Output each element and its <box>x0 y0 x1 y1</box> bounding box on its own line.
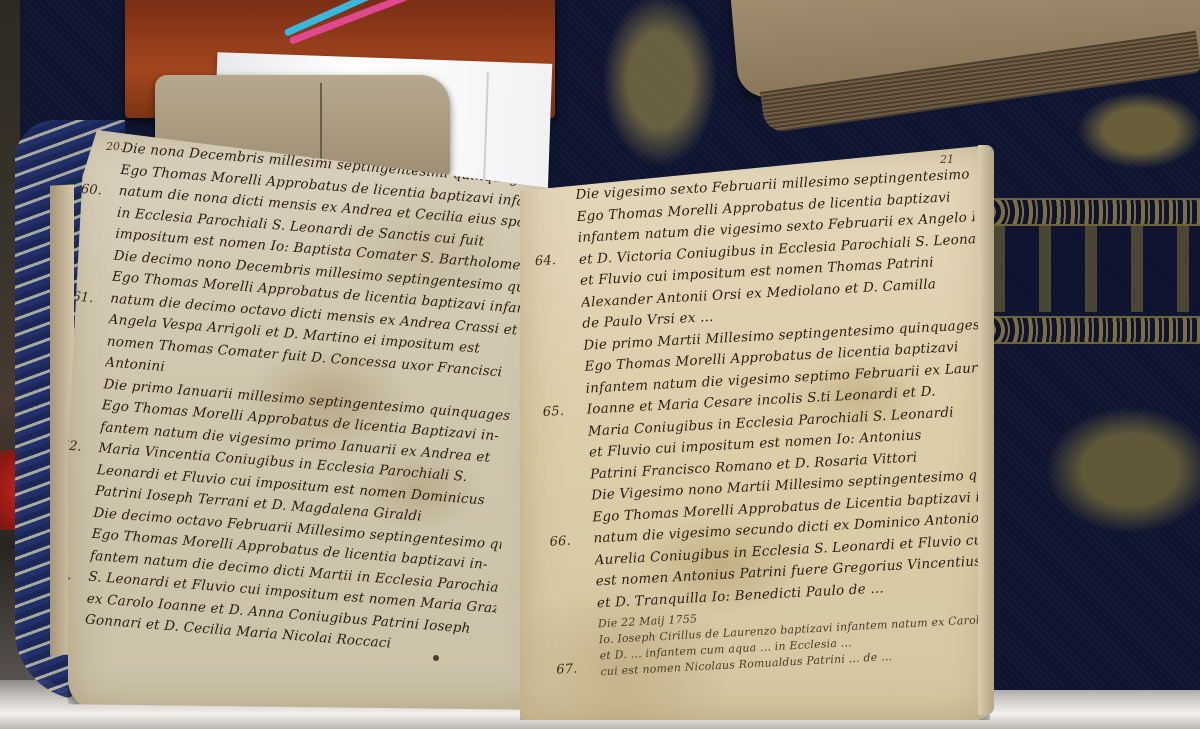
entry-number: 62. <box>68 435 83 458</box>
left-page: 20. 60. Die nona Decembris millesimi sep… <box>68 130 550 710</box>
entry-number: 65. <box>542 400 564 423</box>
folio-number: 20. <box>106 140 124 153</box>
left-page-text: 60. Die nona Decembris millesimi septing… <box>84 138 531 663</box>
ink-blot <box>433 655 439 661</box>
right-page-text: 64. Die vigesimo sexto Februarii millesi… <box>575 164 990 680</box>
fabric-pattern-band <box>975 226 1200 312</box>
baptism-entry: 66. Die Vigesimo nono Martii Millesimo s… <box>591 465 990 615</box>
entry-number: 60. <box>80 179 103 202</box>
right-page: 21 64. Die vigesimo sexto Februarii mill… <box>520 145 990 720</box>
baptism-entry: 65. Die primo Martii Millesimo septingen… <box>583 315 987 486</box>
folio-number: 21 <box>940 153 954 166</box>
fabric-rosette-border-bottom <box>975 316 1200 344</box>
entry-number: 64. <box>534 250 556 273</box>
fabric-rosette-border-top <box>975 198 1200 226</box>
entry-number: 67. <box>556 662 578 679</box>
entry-number: 66. <box>549 531 571 554</box>
entry-number: 63. <box>68 563 73 586</box>
open-register: 20. 60. Die nona Decembris millesimi sep… <box>48 125 998 725</box>
right-page-edges <box>978 145 994 715</box>
entry-number: 61. <box>72 286 95 309</box>
photo-scene: 20. 60. Die nona Decembris millesimi sep… <box>0 0 1200 729</box>
baptism-entry: 64. Die vigesimo sexto Februarii millesi… <box>575 164 979 335</box>
